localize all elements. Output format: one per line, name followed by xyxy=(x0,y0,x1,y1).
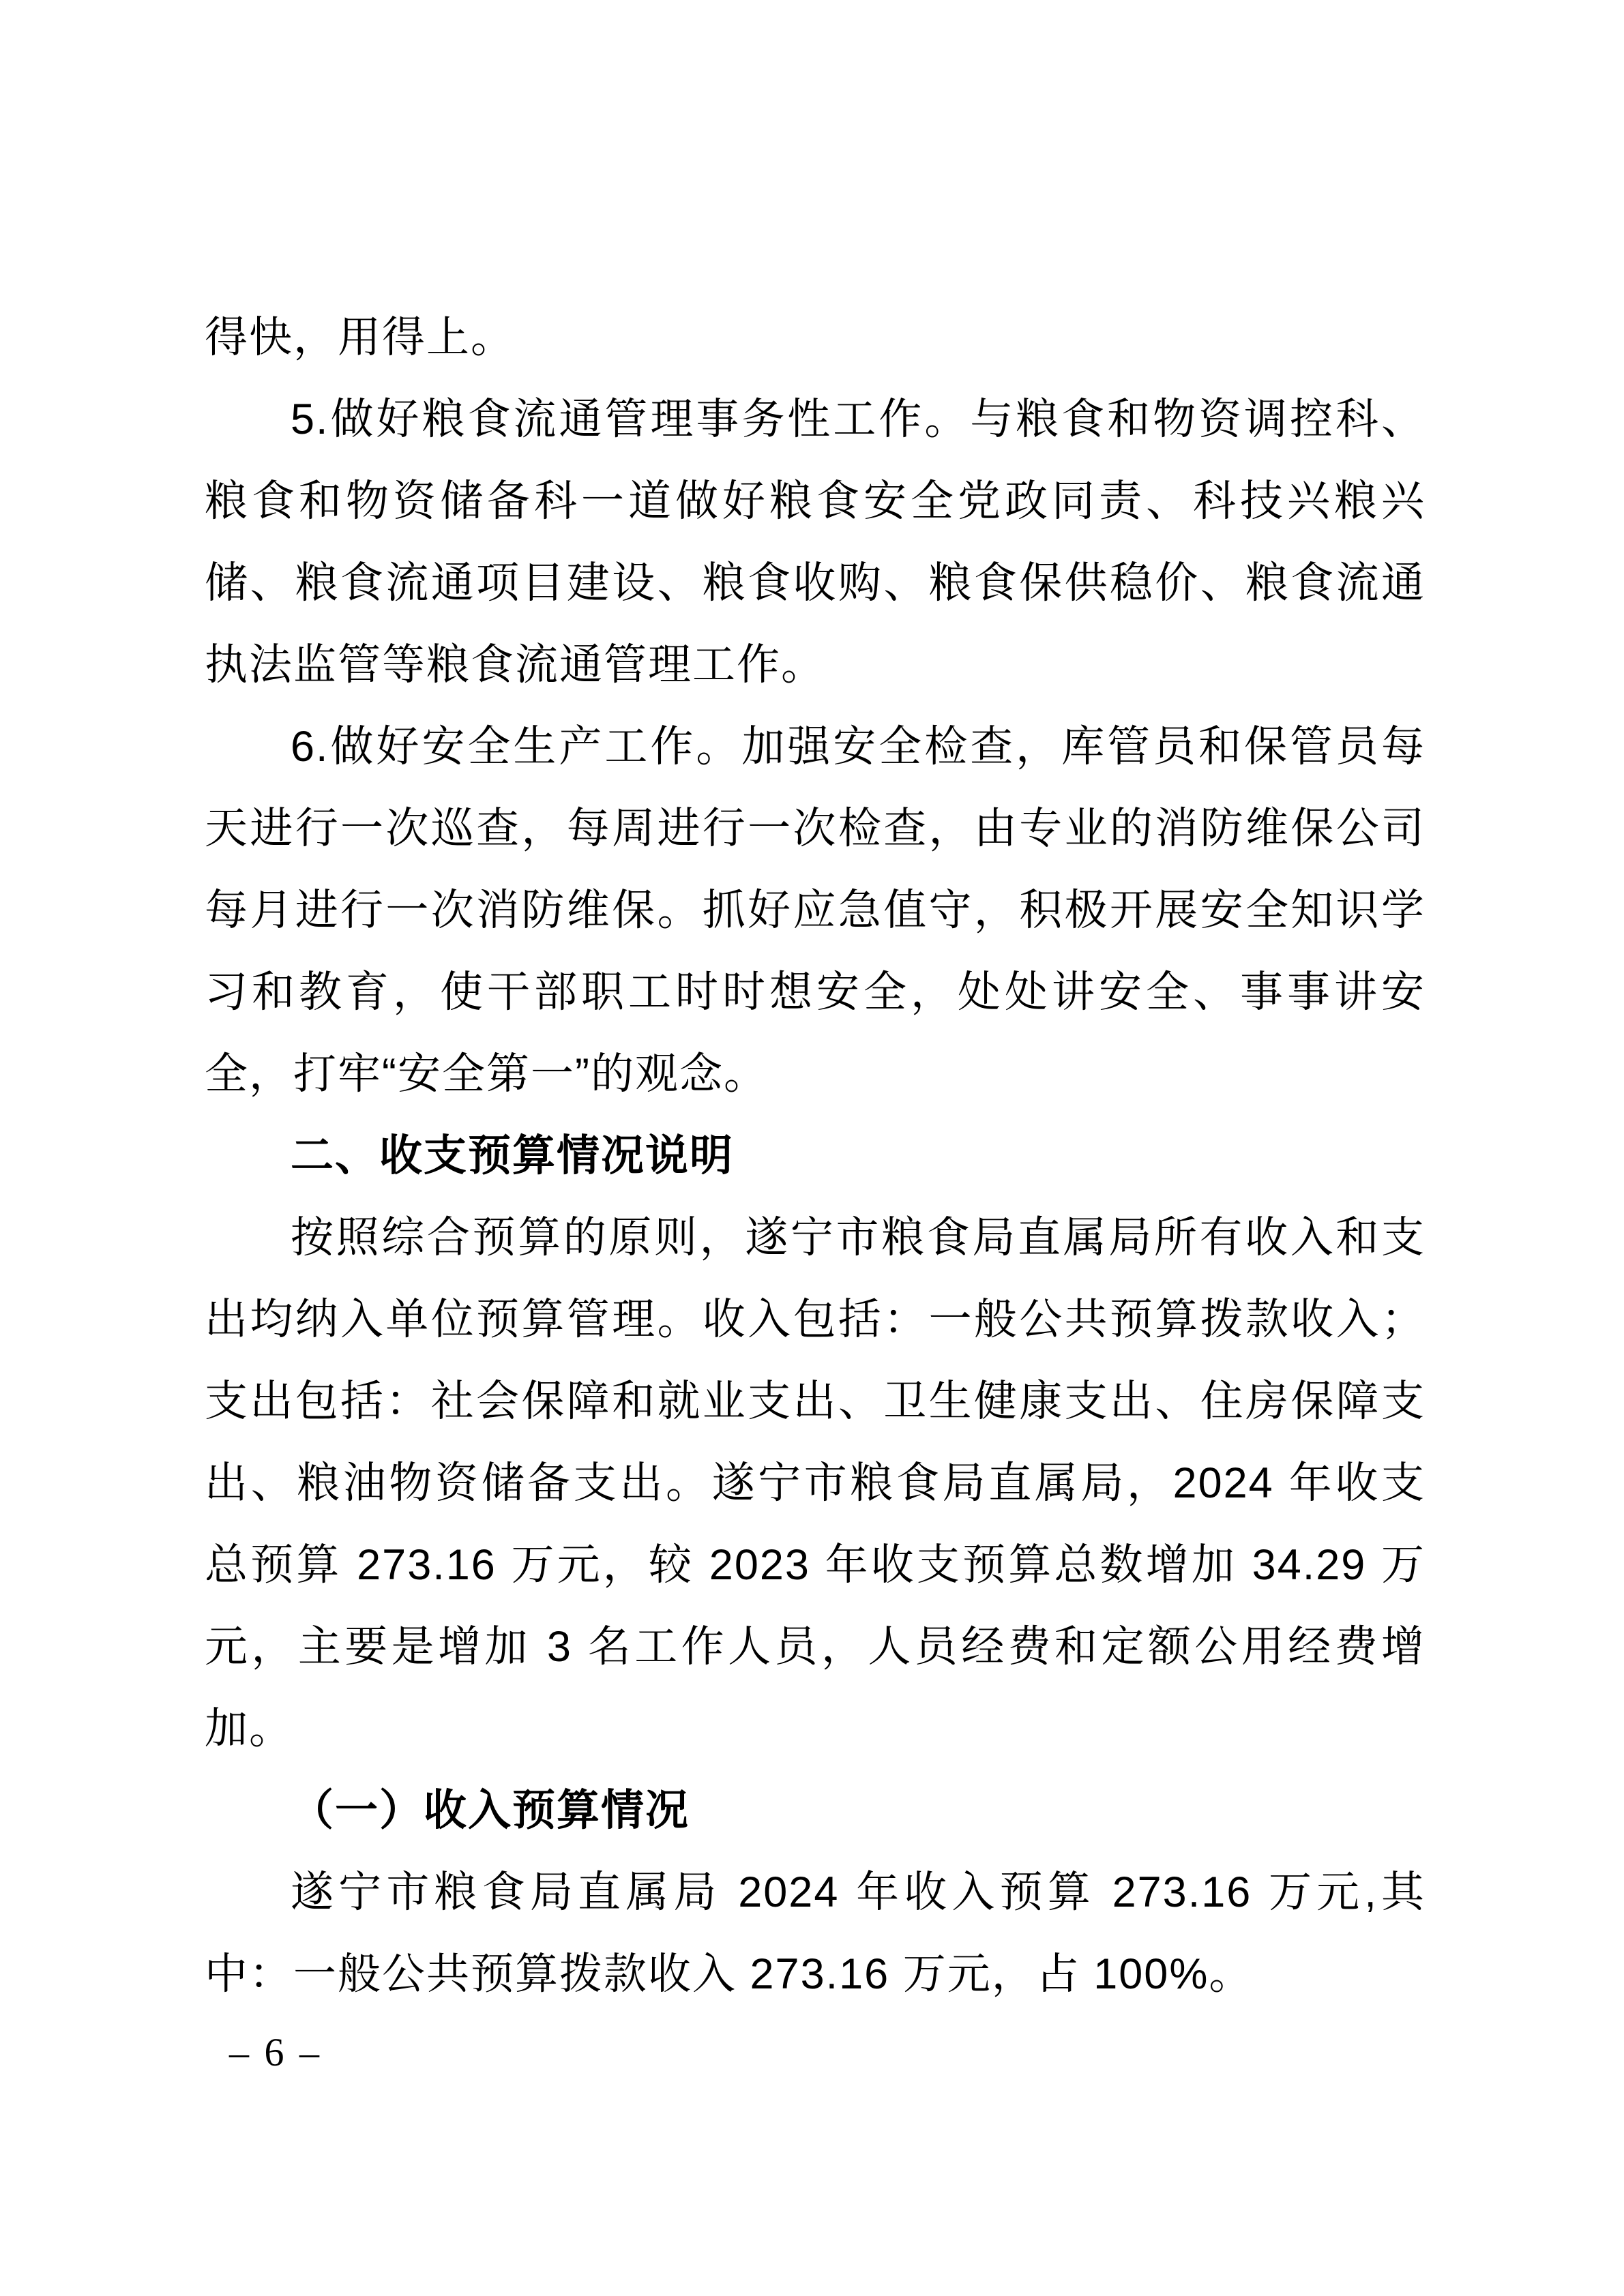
paragraph-point-6: 6.做好安全生产工作。加强安全检查，库管员和保管员每天进行一次巡查，每周进行一次… xyxy=(205,706,1426,1115)
paragraph-income-budget: 遂宁市粮食局直属局 2024 年收入预算 273.16 万元,其中：一般公共预算… xyxy=(205,1851,1426,2015)
section-heading-budget-overview: 二、收支预算情况说明 xyxy=(205,1115,1426,1197)
subsection-heading-income-budget: （一）收入预算情况 xyxy=(205,1770,1426,1851)
paragraph-point-5: 5.做好粮食流通管理事务性工作。与粮食和物资调控科、粮食和物资储备科一道做好粮食… xyxy=(205,378,1426,706)
document-page: 得快，用得上。 5.做好粮食流通管理事务性工作。与粮食和物资调控科、粮食和物资储… xyxy=(0,0,1624,2296)
paragraph-budget-overview: 按照综合预算的原则，遂宁市粮食局直属局所有收入和支出均纳入单位预算管理。收入包括… xyxy=(205,1197,1426,1770)
page-number: – 6 – xyxy=(229,2027,322,2078)
document-body: 得快，用得上。 5.做好粮食流通管理事务性工作。与粮食和物资调控科、粮食和物资储… xyxy=(205,297,1426,2015)
paragraph-continuation: 得快，用得上。 xyxy=(205,297,1426,378)
